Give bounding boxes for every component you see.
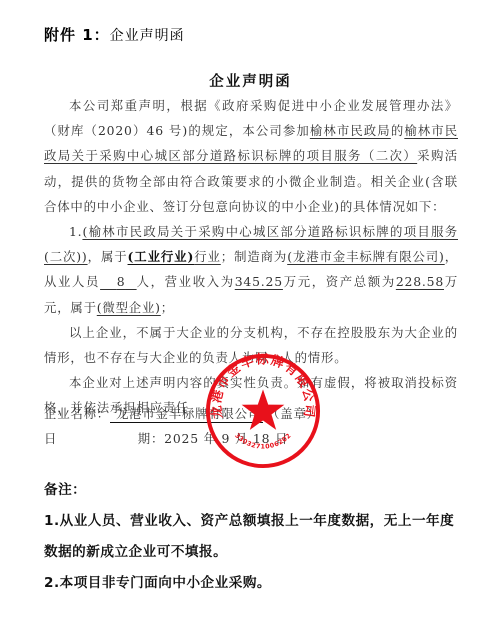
- revenue-label: 营业收入为: [165, 274, 235, 289]
- staff-unit: 人，: [137, 274, 165, 289]
- document-title: 企业声明函: [0, 70, 501, 91]
- svg-text:3303271006202: 3303271006202: [233, 432, 293, 451]
- attachment-label: 附件 1：: [44, 26, 110, 44]
- company-name-label: 企业名称：: [44, 406, 110, 421]
- buyer-name: 榆林市民政局: [310, 123, 391, 138]
- company-seal-icon: 龙港市金丰标牌有限公司 3303271006202: [204, 352, 322, 470]
- staff-count: 8: [100, 274, 137, 289]
- industry-suffix: 行业: [194, 249, 221, 264]
- notes-section: 备注： 1.从业人员、营业收入、资产总额填报上一年度数据，无上一年度数据的新成立…: [44, 475, 464, 599]
- punct: ，: [88, 249, 101, 264]
- date-label-a: 日: [44, 431, 57, 446]
- notes-heading: 备注：: [44, 475, 464, 506]
- date-label-b: 期：: [138, 431, 164, 446]
- enterprise-size-type: (微型企业): [97, 300, 161, 315]
- enterprise-item-1: 1.(榆林市民政局关于采购中心城区部分道路标识标牌的项目服务(二次))，属于(工…: [44, 219, 458, 320]
- item-number: 1.: [69, 224, 82, 239]
- note-item-1: 1.从业人员、营业收入、资产总额填报上一年度数据，无上一年度数据的新成立企业可不…: [44, 506, 464, 568]
- industry-value: (工业行业): [128, 249, 195, 264]
- attachment-heading: 附件 1：企业声明函: [44, 24, 185, 45]
- manufacturer-value: (龙港市金丰标牌有限公司): [287, 249, 445, 264]
- belongs-label: 属于: [101, 249, 128, 264]
- revenue-unit: 万元，资产总额为: [283, 274, 396, 289]
- attachment-title: 企业声明函: [110, 28, 185, 44]
- assets-value: 228.58: [396, 274, 444, 289]
- manufacturer-label: ；制造商为: [221, 249, 287, 264]
- punct-end: ；: [161, 300, 174, 315]
- note-item-2: 2.本项目非专门面向中小企业采购。: [44, 568, 464, 599]
- staff-count-value: 8: [117, 274, 126, 289]
- document-page: 附件 1：企业声明函 企业声明函 本公司郑重声明，根据《政府采购促进中小企业发展…: [0, 0, 501, 622]
- declaration-paragraph: 本公司郑重声明，根据《政府采购促进中小企业发展管理办法》（财库（2020）46 …: [44, 93, 458, 219]
- connector-text: 的: [391, 123, 405, 138]
- revenue-value: 345.25: [235, 274, 283, 289]
